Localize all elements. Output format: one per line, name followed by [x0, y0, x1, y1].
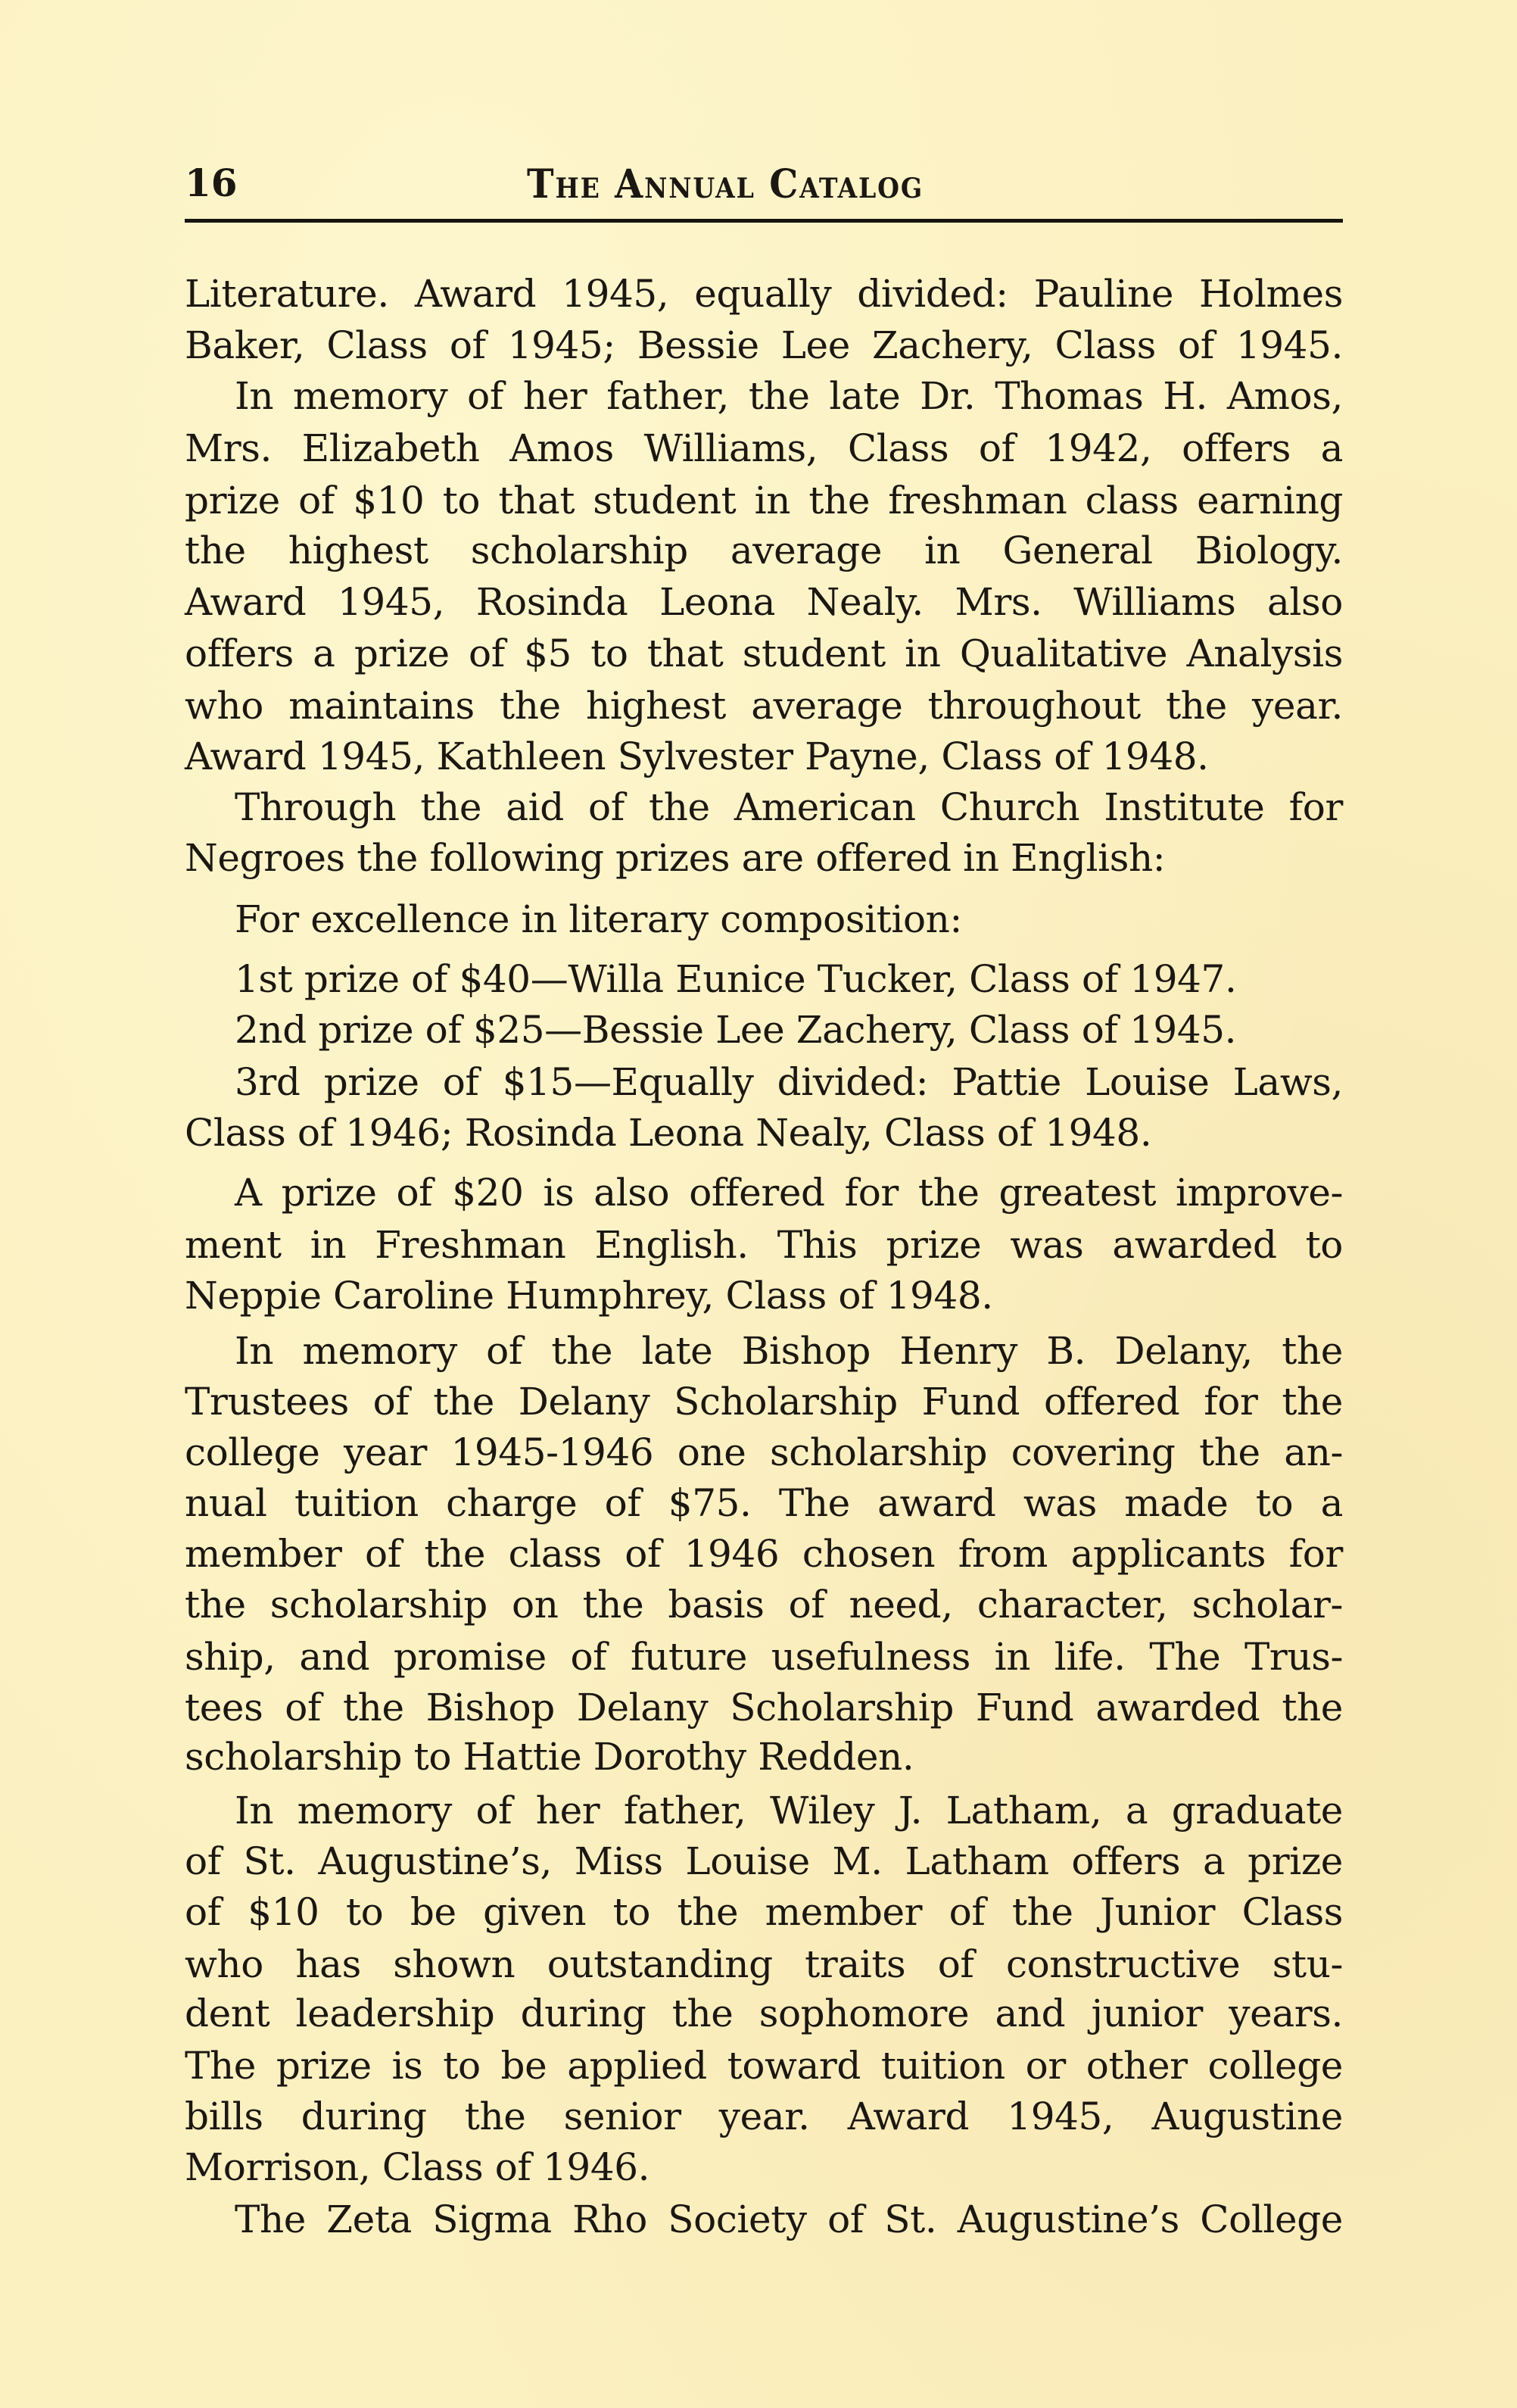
text-line: bills during the senior year. Award 1945…	[185, 2091, 1343, 2142]
text-line: tees of the Bishop Delany Scholarship Fu…	[185, 1682, 1343, 1733]
text-line: of St. Augustine’s, Miss Louise M. Latha…	[185, 1836, 1343, 1887]
text-line: 2nd prize of $25—Bessie Lee Zachery, Cla…	[235, 1004, 1343, 1056]
text-line: Literature. Award 1945, equally divided:…	[185, 268, 1343, 320]
text-line: The prize is to be applied toward tuitio…	[185, 2040, 1343, 2091]
page-number: 16	[185, 161, 238, 206]
text-line: Mrs. Elizabeth Amos Williams, Class of 1…	[185, 423, 1343, 474]
text-line: In memory of her father, the late Dr. Th…	[235, 370, 1343, 422]
text-line: the scholarship on the basis of need, ch…	[185, 1579, 1343, 1630]
text-line: scholarship to Hattie Dorothy Redden.	[185, 1731, 1343, 1783]
text-line: ment in Freshman English. This prize was…	[185, 1219, 1343, 1271]
text-line: The Zeta Sigma Rho Society of St. August…	[235, 2194, 1343, 2245]
text-line: prize of $10 to that student in the fres…	[185, 475, 1343, 526]
text-line: college year 1945-1946 one scholarship c…	[185, 1427, 1343, 1478]
text-line: dent leadership during the sophomore and…	[185, 1988, 1343, 2039]
text-line: In memory of the late Bishop Henry B. De…	[235, 1325, 1343, 1377]
text-line: Award 1945, Kathleen Sylvester Payne, Cl…	[185, 731, 1343, 782]
text-line: ship, and promise of future usefulness i…	[185, 1631, 1343, 1683]
text-line: member of the class of 1946 chosen from …	[185, 1528, 1343, 1580]
text-line: A prize of $20 is also offered for the g…	[235, 1167, 1343, 1218]
text-line: who has shown outstanding traits of cons…	[185, 1939, 1343, 1990]
text-line: the highest scholarship average in Gener…	[185, 525, 1343, 576]
text-line: who maintains the highest average throug…	[185, 680, 1343, 731]
text-line: of $10 to be given to the member of the …	[185, 1886, 1343, 1938]
text-line: Neppie Caroline Humphrey, Class of 1948.	[185, 1270, 1343, 1321]
text-line: Baker, Class of 1945; Bessie Lee Zachery…	[185, 320, 1343, 371]
text-line: 3rd prize of $15—Equally divided: Pattie…	[235, 1056, 1343, 1108]
text-line: offers a prize of $5 to that student in …	[185, 628, 1343, 679]
text-line: Negroes the following prizes are offered…	[185, 832, 1343, 884]
running-title: The Annual Catalog	[527, 162, 924, 207]
text-line: nual tuition charge of $75. The award wa…	[185, 1477, 1343, 1529]
text-line: For excellence in literary composition:	[235, 894, 1343, 945]
text-line: Through the aid of the American Church I…	[235, 781, 1343, 833]
text-line: 1st prize of $40—Willa Eunice Tucker, Cl…	[235, 953, 1343, 1005]
text-line: Morrison, Class of 1946.	[185, 2141, 1343, 2193]
text-line: In memory of her father, Wiley J. Latham…	[235, 1785, 1343, 1836]
text-line: Award 1945, Rosinda Leona Nealy. Mrs. Wi…	[185, 576, 1343, 628]
text-line: Trustees of the Delany Scholarship Fund …	[185, 1376, 1343, 1427]
text-line: Class of 1946; Rosinda Leona Nealy, Clas…	[185, 1107, 1343, 1159]
header-rule	[185, 219, 1343, 223]
